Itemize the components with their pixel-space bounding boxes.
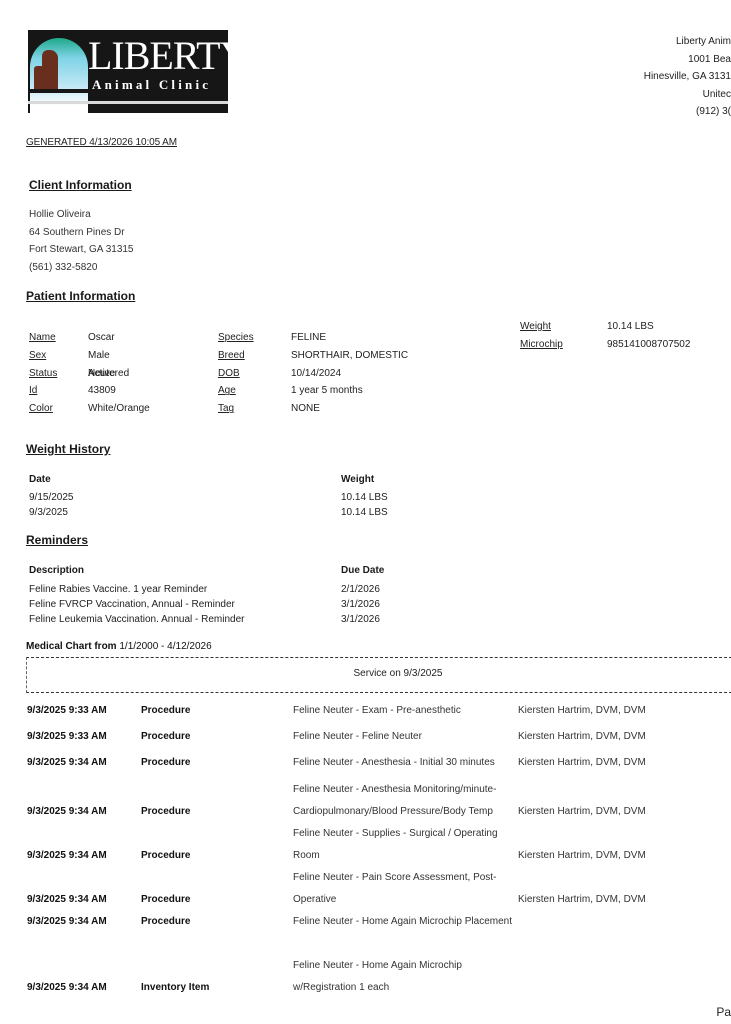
entry-type: Procedure (141, 916, 190, 927)
field-label: Status (29, 365, 57, 383)
entry-provider: Kiersten Hartrim, DVM, DVM (518, 850, 646, 861)
entry-provider: Kiersten Hartrim, DVM, DVM (518, 731, 646, 742)
entry-type: Inventory Item (141, 982, 209, 993)
field-value: White/Orange (88, 400, 150, 418)
medical-chart-date-range: 1/1/2000 - 4/12/2026 (117, 641, 212, 652)
field-value: 10/14/2024 (291, 365, 341, 383)
page-number: Pa (716, 1005, 731, 1019)
entry-description: Feline Neuter - Home Again Microchip w/R… (293, 955, 518, 999)
field-value: FELINE (291, 329, 326, 347)
weight-history-title: Weight History (26, 442, 110, 456)
entry-provider: Kiersten Hartrim, DVM, DVM (518, 894, 646, 905)
clinic-logo: LIBERTY Animal Clinic (28, 30, 228, 113)
weight-history-value: 10.14 LBS (341, 505, 388, 520)
client-info-title: Client Information (29, 178, 132, 192)
field-label: Age (218, 382, 236, 400)
entry-type: Procedure (141, 850, 190, 861)
entry-description: Feline Neuter - Exam - Pre-anesthetic (293, 700, 518, 722)
weight-history-header-date: Date (29, 474, 51, 485)
field-label: Breed (218, 347, 245, 365)
weight-history-value: 10.14 LBS (341, 490, 388, 505)
weight-history-date: 9/15/2025 (29, 490, 74, 505)
field-label: DOB (218, 365, 240, 383)
field-value: 10.14 LBS (607, 318, 654, 336)
entry-provider: Kiersten Hartrim, DVM, DVM (518, 806, 646, 817)
logo-stripe (28, 101, 228, 104)
clinic-address-line: 1001 Bea (644, 51, 731, 69)
entry-datetime: 9/3/2025 9:34 AM (27, 982, 107, 993)
entry-type: Procedure (141, 705, 190, 716)
entry-datetime: 9/3/2025 9:34 AM (27, 850, 107, 861)
entry-datetime: 9/3/2025 9:33 AM (27, 705, 107, 716)
medical-chart-title-label: Medical Chart from (26, 641, 117, 652)
generated-timestamp: GENERATED 4/13/2026 10:05 AM (26, 137, 177, 148)
clinic-address-line: (912) 3( (644, 103, 731, 121)
client-phone: (561) 332-5820 (29, 259, 134, 277)
service-header: Service on 9/3/2025 (27, 668, 731, 679)
entry-provider: Kiersten Hartrim, DVM, DVM (518, 757, 646, 768)
reminder-description: Feline FVRCP Vaccination, Annual - Remin… (29, 597, 235, 612)
reminders-title: Reminders (26, 533, 88, 547)
logo-subtitle: Animal Clinic (92, 78, 211, 92)
weight-history-date: 9/3/2025 (29, 505, 68, 520)
entry-provider: Kiersten Hartrim, DVM, DVM (518, 705, 646, 716)
field-label: Sex (29, 347, 46, 365)
reminder-description: Feline Rabies Vaccine. 1 year Reminder (29, 582, 207, 597)
clinic-address-line: Hinesville, GA 3131 (644, 68, 731, 86)
reminder-due-date: 2/1/2026 (341, 582, 380, 597)
reminders-header-due-date: Due Date (341, 565, 384, 576)
client-name: Hollie Oliveira (29, 206, 134, 224)
reminder-due-date: 3/1/2026 (341, 612, 380, 627)
field-value: Oscar (88, 329, 115, 347)
clinic-address: Liberty Anim 1001 Bea Hinesville, GA 313… (644, 33, 731, 121)
patient-info-title: Patient Information (26, 289, 135, 303)
entry-datetime: 9/3/2025 9:34 AM (27, 916, 107, 927)
field-value: SHORTHAIR, DOMESTIC (291, 347, 408, 365)
medical-chart-title: Medical Chart from 1/1/2000 - 4/12/2026 (26, 641, 212, 652)
entry-description: Feline Neuter - Supplies - Surgical / Op… (293, 823, 518, 867)
entry-datetime: 9/3/2025 9:34 AM (27, 757, 107, 768)
client-street: 64 Southern Pines Dr (29, 224, 134, 242)
entry-type: Procedure (141, 894, 190, 905)
reminder-description: Feline Leukemia Vaccination. Annual - Re… (29, 612, 245, 627)
entry-description: Feline Neuter - Feline Neuter (293, 726, 518, 748)
client-city: Fort Stewart, GA 31315 (29, 241, 134, 259)
field-label: Id (29, 382, 37, 400)
reminder-due-date: 3/1/2026 (341, 597, 380, 612)
entry-type: Procedure (141, 731, 190, 742)
entry-datetime: 9/3/2025 9:34 AM (27, 806, 107, 817)
field-value: 43809 (88, 382, 116, 400)
entry-datetime: 9/3/2025 9:33 AM (27, 731, 107, 742)
service-header-box: Service on 9/3/2025 (26, 657, 731, 693)
clinic-address-line: Unitec (644, 86, 731, 104)
field-value: NONE (291, 400, 320, 418)
field-label: Microchip (520, 336, 563, 354)
field-value: 985141008707502 (607, 336, 690, 354)
logo-dog-silhouette (42, 50, 58, 90)
field-value: 1 year 5 months (291, 382, 363, 400)
entry-description: Feline Neuter - Anesthesia Monitoring/mi… (293, 779, 518, 823)
entry-datetime: 9/3/2025 9:34 AM (27, 894, 107, 905)
weight-history-header-weight: Weight (341, 474, 374, 485)
client-info: Hollie Oliveira 64 Southern Pines Dr For… (29, 206, 134, 276)
field-label: Species (218, 329, 254, 347)
entry-type: Procedure (141, 757, 190, 768)
entry-description: Feline Neuter - Anesthesia - Initial 30 … (293, 752, 518, 774)
field-label: Name (29, 329, 56, 347)
entry-type: Procedure (141, 806, 190, 817)
field-value: Active (88, 365, 115, 383)
field-label: Color (29, 400, 53, 418)
field-label: Weight (520, 318, 551, 336)
field-label: Tag (218, 400, 234, 418)
entry-description: Feline Neuter - Pain Score Assessment, P… (293, 867, 518, 911)
logo-title: LIBERTY (88, 34, 228, 78)
entry-description: Feline Neuter - Home Again Microchip Pla… (293, 911, 518, 933)
clinic-address-line: Liberty Anim (644, 33, 731, 51)
reminders-header-description: Description (29, 565, 84, 576)
